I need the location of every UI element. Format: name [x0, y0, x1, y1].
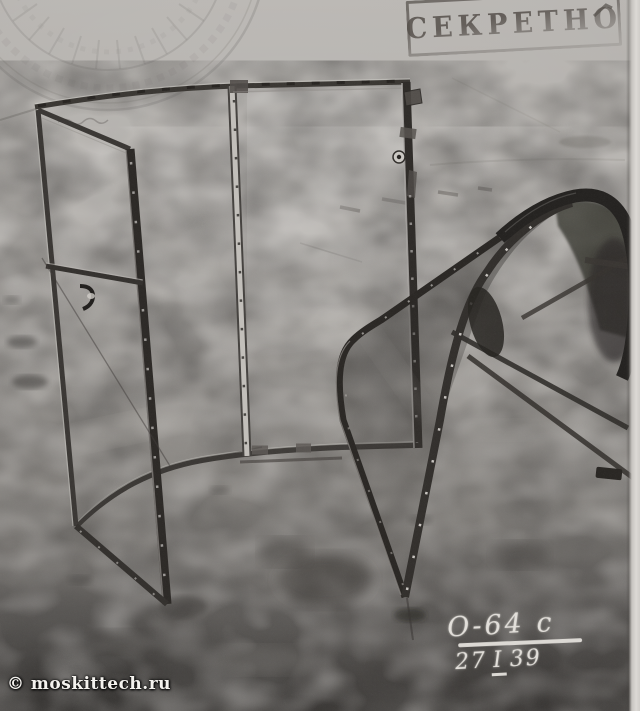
- annotation-date-month: I: [490, 647, 506, 676]
- annotation-date-year: 39: [509, 645, 542, 672]
- watermark: © moskittech.ru: [7, 674, 171, 694]
- annotation-code: О-64 с: [446, 606, 581, 644]
- chalk-annotation: О-64 с 27I39: [446, 606, 583, 675]
- archival-photograph: СЕКРЕТНО О-64 с 27I39 © moskittech.ru: [0, 0, 640, 711]
- film-grain-overlay: [0, 0, 640, 711]
- secret-stamp-text: СЕКРЕТНО: [405, 1, 623, 46]
- photo-scene-graphic: [0, 0, 640, 711]
- photo-paper-border: [626, 0, 640, 711]
- annotation-date-day: 27: [454, 648, 487, 675]
